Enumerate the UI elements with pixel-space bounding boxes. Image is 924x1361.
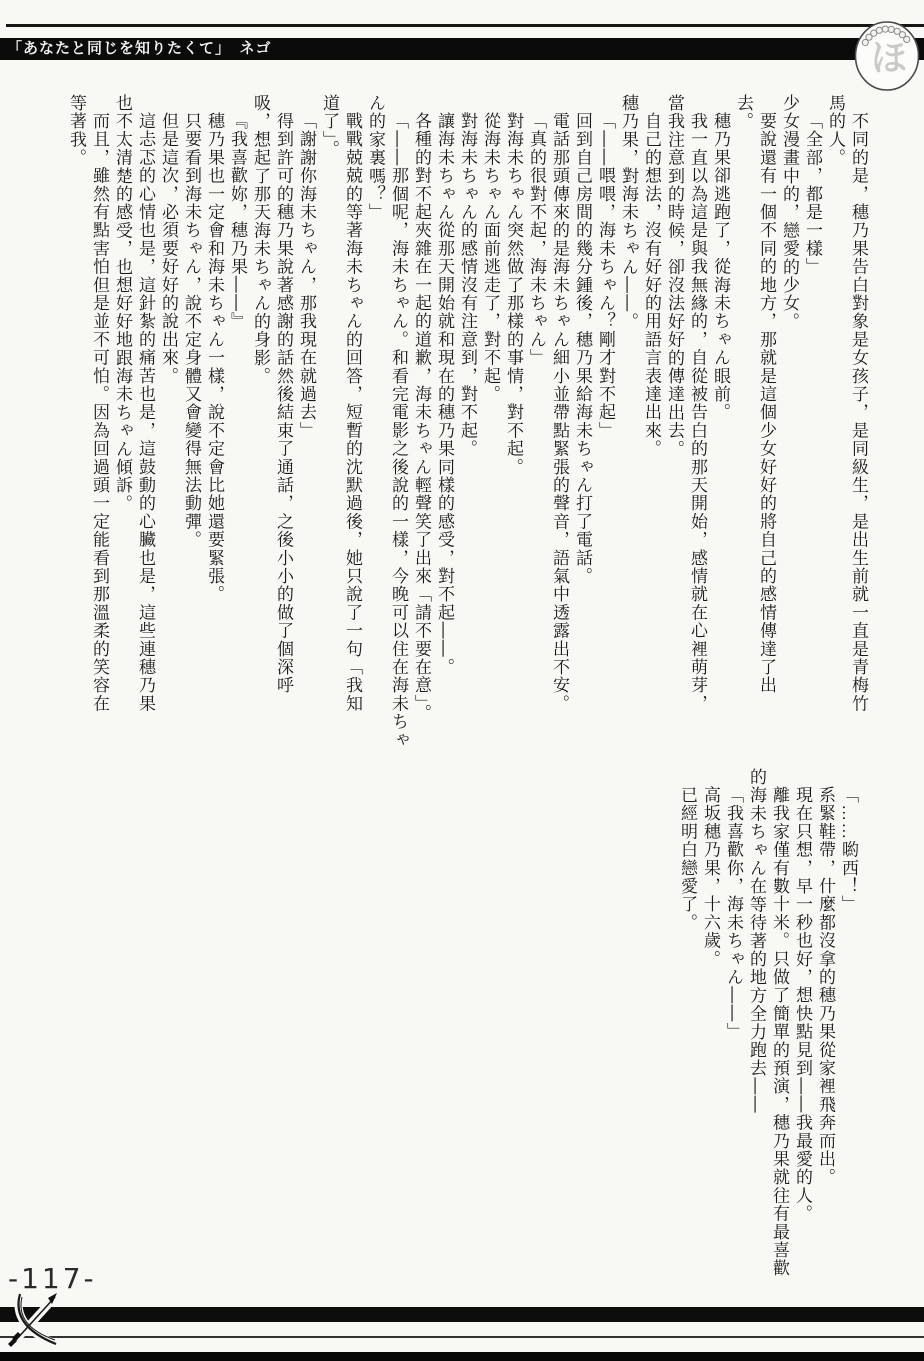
text-column: ん的家裏嗎？」 [364, 94, 387, 754]
text-column: 吸，想起了那天海未ちゃん的身影。 [249, 94, 272, 754]
text-column: 馬的人。 [824, 94, 847, 754]
text-column: 自己的想法，沒有好好的用語言表達出來。 [640, 94, 663, 754]
text-column: 這忐忑的心情也是，這針紮的痛苦也是，這鼓動的心臟也是，這些連穗乃果 [134, 94, 157, 754]
text-column: 「全部，都是一樣」 [801, 94, 824, 754]
text-column: 「我喜歡你，海未ちゃん——」 [722, 768, 745, 1273]
story-title: 「あなたと同じを知りたくて」 ネゴ [0, 38, 924, 60]
bow-arrow-icon [6, 1286, 66, 1355]
text-column: 只要看到海未ちゃん，說不定身體又會變得無法動彈。 [180, 94, 203, 754]
text-column: 的海未ちゃん在等待著的地方全力跑去—— [745, 768, 768, 1273]
text-column: 等著我。 [65, 94, 88, 754]
text-column: 已經明白戀愛了。 [676, 768, 699, 1273]
footer-edge-bar [0, 1352, 924, 1361]
text-column: 「——那個呢，海未ちゃん。和看完電影之後說的一樣，今晚可以住在海未ちゃ [387, 94, 410, 754]
scanned-book-page: { "colors": { "paper": "#f8f8f5", "bar":… [0, 0, 924, 1361]
text-column: 電話那頭傳來的是海未ちゃん細小並帶點緊張的聲音，語氣中透露出不安。 [548, 94, 571, 754]
text-column: 穗乃果，對海未ちゃん——。 [617, 94, 640, 754]
header-rule [6, 24, 924, 27]
text-column: 我一直以為這是與我無緣的，自從被告白的那天開始，感情就在心裡萌芽， [686, 94, 709, 754]
text-column: 但是這次，必須要好好的說出來。 [157, 94, 180, 754]
text-column: 不同的是，穗乃果告白對象是女孩子，是同級生，是出生前就一直是青梅竹 [847, 94, 870, 754]
stamp-char: ほ [871, 37, 907, 78]
footer-bar [0, 1307, 924, 1322]
text-column: 「……喲西！」 [837, 768, 860, 1273]
text-column: 得到許可的穗乃果說著感謝的話然後結束了通話，之後小小的做了個深呼 [272, 94, 295, 754]
ho-stamp: ほ [854, 20, 920, 97]
text-column: 穗乃果也一定會和海未ちゃん一樣，說不定會比她還要緊張。 [203, 94, 226, 754]
text-column: 道了」。 [318, 94, 341, 754]
story-text-block-2: 「……喲西！」 系緊鞋帶，什麼都沒拿的穗乃果從家裡飛奔而出。 現在只想，早一秒也… [674, 768, 860, 1273]
text-column: 「謝謝你海未ちゃん，那我現在就過去」 [295, 94, 318, 754]
text-column: 「——喂喂，海未ちゃん？剛才對不起」 [594, 94, 617, 754]
text-column: 讓海未ちゃん從那天開始就和現在的穗乃果同樣的感受，對不起——。 [433, 94, 456, 754]
text-column: 高坂穗乃果，十六歲。 [699, 768, 722, 1273]
text-column: 對海未ちゃん的感情沒有注意到，對不起。 [456, 94, 479, 754]
text-column: 離我家僅有數十米。只做了簡單的預演，穗乃果就往有最喜歡 [768, 768, 791, 1273]
footer-rule [0, 1336, 924, 1338]
story-text-block-1: 不同的是，穗乃果告白對象是女孩子，是同級生，是出生前就一直是青梅竹 馬的人。 「… [64, 94, 870, 754]
text-column: 少女漫畫中的，戀愛的少女。 [778, 94, 801, 754]
text-column: 系緊鞋帶，什麼都沒拿的穗乃果從家裡飛奔而出。 [814, 768, 837, 1273]
text-column: 各種的對不起夾雜在一起的道歉，海未ちゃん輕聲笑了出來「請不要在意」。 [410, 94, 433, 754]
text-column: 戰戰兢兢的等著海未ちゃん的回答，短暫的沈默過後，她只說了一句「我知 [341, 94, 364, 754]
text-column: 去。 [732, 94, 755, 754]
text-column: 也不太清楚的感受，也想好好地跟海未ちゃん傾訴。 [111, 94, 134, 754]
text-column: 現在只想，早一秒也好，想快點見到——我最愛的人。 [791, 768, 814, 1273]
text-column: 要說還有一個不同的地方，那就是這個少女好好的將自己的感情傳達了出 [755, 94, 778, 754]
text-column: 從海未ちゃん面前逃走了，對不起。 [479, 94, 502, 754]
text-column: 而且，雖然有點害怕但是並不可怕。因為回過頭一定能看到那溫柔的笑容在 [88, 94, 111, 754]
text-column: 回到自己房間的幾分鍾後，穗乃果給海未ちゃん打了電話。 [571, 94, 594, 754]
text-column: 穗乃果卻逃跑了，從海未ちゃん眼前。 [709, 94, 732, 754]
text-column: 「真的很對不起，海未ちゃん」 [525, 94, 548, 754]
text-column: 『我喜歡妳，穗乃果——』 [226, 94, 249, 754]
text-column: 對海未ちゃん突然做了那樣的事情，對不起。 [502, 94, 525, 754]
text-column: 當我注意到的時候，卻沒法好好的傳達出去。 [663, 94, 686, 754]
stamp-circle-icon: ほ [854, 20, 920, 92]
header-title-bar: 「あなたと同じを知りたくて」 ネゴ [0, 38, 924, 60]
